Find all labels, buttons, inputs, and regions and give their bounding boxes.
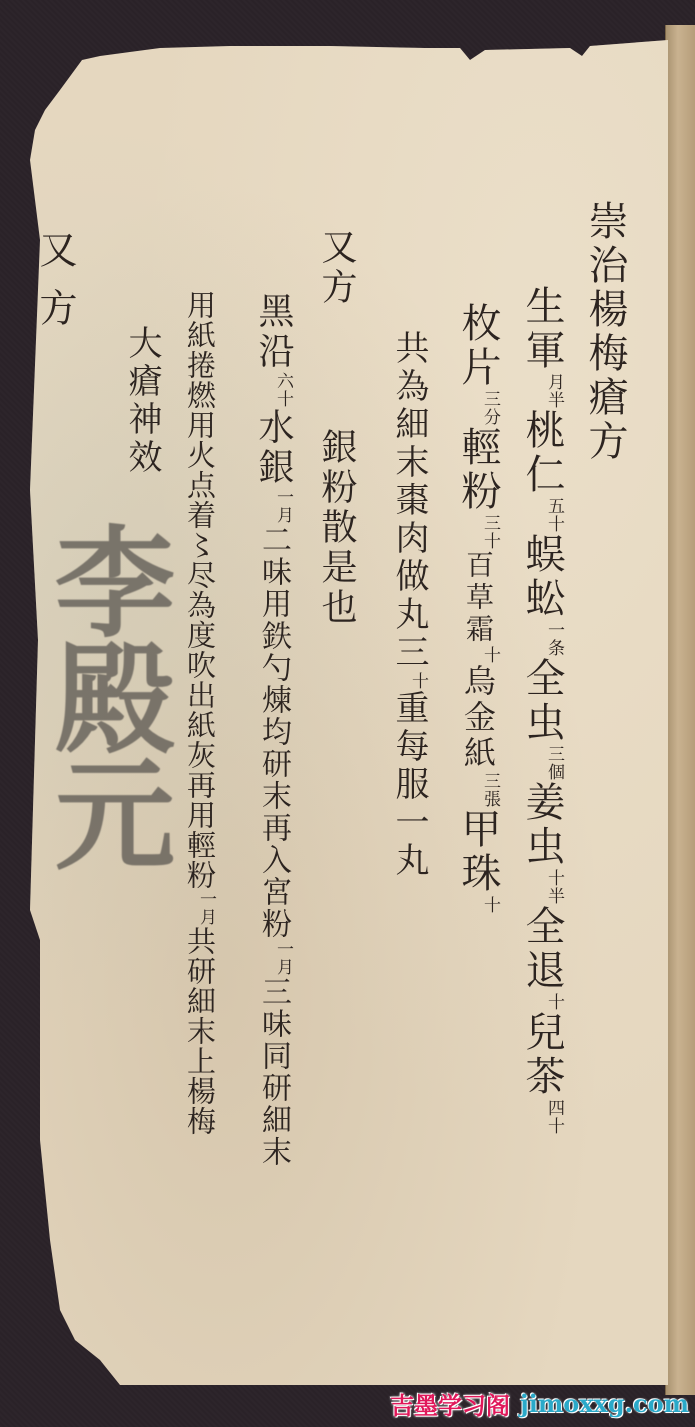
- dosage-note: 一月: [273, 488, 293, 524]
- preparation-instructions: 共為細末棗肉做丸三十重每服一丸: [392, 330, 426, 880]
- ingredient: 黑沿: [253, 292, 294, 372]
- dosage-note: 一月: [273, 940, 293, 976]
- instruction-text: 共研細末上楊梅: [183, 926, 217, 1136]
- site-watermark: 吉墨学习阁 jimoxxg.com: [390, 1386, 689, 1421]
- ingredient: 姜虫: [519, 781, 565, 869]
- ingredient: 輕粉: [455, 426, 501, 514]
- ingredient: 烏金紙: [459, 664, 497, 772]
- ingredient: 蜈蚣: [519, 533, 565, 621]
- dosage-note: 四十: [544, 1099, 564, 1135]
- manuscript-page: 崇治楊梅瘡方 生軍月半桃仁五十蜈蚣一条全虫三個姜虫十半全退十兒茶四十 枚片三分輕…: [30, 40, 668, 1385]
- dosage-note: 三張: [480, 772, 500, 808]
- dosage-note: 十: [544, 993, 564, 1011]
- ingredient: 百草霜: [462, 550, 495, 646]
- ingredient-column-2: 枚片三分輕粉三十百草霜十烏金紙三張甲珠十: [458, 302, 498, 914]
- ingredient: 水銀: [253, 408, 294, 488]
- instruction-text: 共為細末棗肉做丸: [389, 330, 429, 634]
- ingredient: 生軍: [519, 285, 565, 373]
- dosage-note: 三分: [480, 390, 500, 426]
- ingredient: 兒茶: [519, 1011, 565, 1099]
- recipe-title: 崇治楊梅瘡方: [585, 200, 625, 464]
- dosage-note: 月半: [544, 373, 564, 409]
- ingredient: 枚片: [455, 302, 501, 390]
- seal-stamp-name: 李殿元: [45, 520, 165, 868]
- dosage-note: 三個: [544, 745, 564, 781]
- dosage-note: 十半: [544, 869, 564, 905]
- ingredient: 全虫: [519, 657, 565, 745]
- dosage-note: 三十: [480, 514, 500, 550]
- dosage-note: 十: [480, 896, 500, 914]
- ingredient-column-3: 黑沿六十水銀一月二味用鉄勺煉均研末再入宮粉一月三味同研細末: [255, 292, 291, 1168]
- dosage-note: 一条: [544, 621, 564, 657]
- dosage-note: 十: [480, 646, 500, 664]
- instruction-text: 用紙捲燃用火点着〻尽為度吹出紙灰再用輕粉: [183, 290, 217, 890]
- dosage-note: 五十: [544, 497, 564, 533]
- alternate-recipe-label: 又方: [36, 230, 74, 346]
- instruction-text: 重每服一丸: [389, 690, 429, 880]
- usage-instructions: 用紙捲燃用火点着〻尽為度吹出紙灰再用輕粉一月共研細末上楊梅: [185, 290, 214, 1136]
- instruction-text: 三味同研細末: [256, 976, 291, 1168]
- instruction-text: 三: [389, 634, 429, 672]
- book-binding-edge: [665, 25, 695, 1395]
- dosage-note: 十: [408, 672, 428, 690]
- watermark-chinese: 吉墨学习阁: [390, 1386, 510, 1421]
- efficacy-note: 大瘡神效: [125, 325, 159, 477]
- ingredient: 甲珠: [455, 808, 501, 896]
- dosage-note: 一月: [196, 890, 216, 926]
- alternate-recipe-heading: 又方 銀粉散是也: [318, 228, 354, 628]
- dosage-note: 六十: [273, 372, 293, 408]
- watermark-url: jimoxxg.com: [520, 1389, 689, 1418]
- ingredient: 全退: [519, 905, 565, 993]
- ingredient-column-1: 生軍月半桃仁五十蜈蚣一条全虫三個姜虫十半全退十兒茶四十: [522, 285, 562, 1135]
- ingredient: 桃仁: [519, 409, 565, 497]
- instruction-text: 二味用鉄勺煉均研末再入宮粉: [256, 524, 291, 940]
